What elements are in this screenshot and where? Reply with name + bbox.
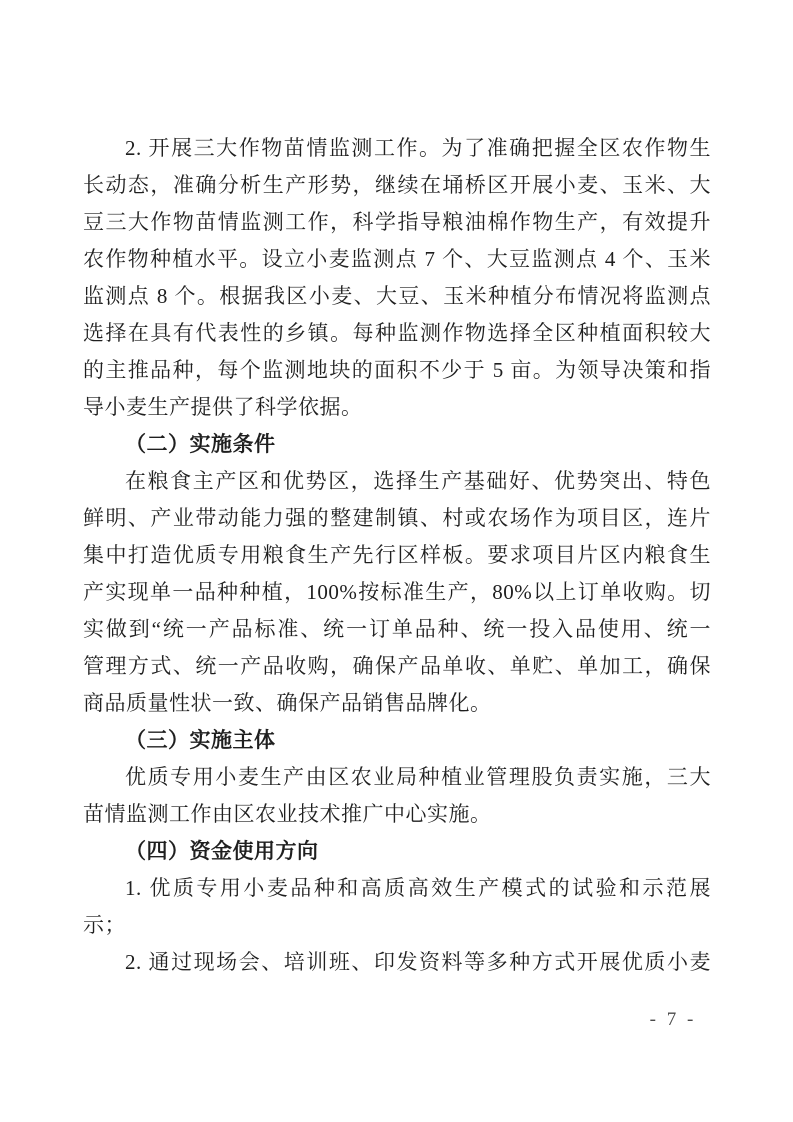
section-heading: （四）资金使用方向 <box>83 833 711 870</box>
section-heading: （三）实施主体 <box>83 722 711 759</box>
body-line: 的主推品种，每个监测地块的面积不少于 5 亩。为领导决策和指 <box>83 352 711 389</box>
body-line: 集中打造优质专用粮食生产先行区样板。要求项目片区内粮食生 <box>83 537 711 574</box>
document-body: 2. 开展三大作物苗情监测工作。为了准确把握全区农作物生 长动态，准确分析生产形… <box>83 130 711 981</box>
body-line: 豆三大作物苗情监测工作，科学指导粮油棉作物生产，有效提升 <box>83 204 711 241</box>
body-line: 2. 开展三大作物苗情监测工作。为了准确把握全区农作物生 <box>83 130 711 167</box>
body-line: 2. 通过现场会、培训班、印发资料等多种方式开展优质小麦 <box>83 944 711 981</box>
section-heading: （二）实施条件 <box>83 426 711 463</box>
body-line: 农作物种植水平。设立小麦监测点 7 个、大豆监测点 4 个、玉米 <box>83 241 711 278</box>
body-line: 实做到“统一产品标准、统一订单品种、统一投入品使用、统一 <box>83 611 711 648</box>
body-line: 示； <box>83 907 711 944</box>
body-line: 管理方式、统一产品收购，确保产品单收、单贮、单加工，确保 <box>83 648 711 685</box>
body-line: 苗情监测工作由区农业技术推广中心实施。 <box>83 796 711 833</box>
body-line: 1. 优质专用小麦品种和高质高效生产模式的试验和示范展 <box>83 870 711 907</box>
document-page: 2. 开展三大作物苗情监测工作。为了准确把握全区农作物生 长动态，准确分析生产形… <box>0 0 793 1122</box>
body-line: 选择在具有代表性的乡镇。每种监测作物选择全区种植面积较大 <box>83 315 711 352</box>
body-line: 长动态，准确分析生产形势，继续在埇桥区开展小麦、玉米、大 <box>83 167 711 204</box>
body-line: 优质专用小麦生产由区农业局种植业管理股负责实施，三大 <box>83 759 711 796</box>
body-line: 监测点 8 个。根据我区小麦、大豆、玉米种植分布情况将监测点 <box>83 278 711 315</box>
body-line: 商品质量性状一致、确保产品销售品牌化。 <box>83 685 711 722</box>
body-line: 导小麦生产提供了科学依据。 <box>83 389 711 426</box>
body-line: 在粮食主产区和优势区，选择生产基础好、优势突出、特色 <box>83 463 711 500</box>
body-line: 产实现单一品种种植，100%按标准生产，80%以上订单收购。切 <box>83 574 711 611</box>
page-number: - 7 - <box>618 1008 728 1032</box>
body-line: 鲜明、产业带动能力强的整建制镇、村或农场作为项目区，连片 <box>83 500 711 537</box>
